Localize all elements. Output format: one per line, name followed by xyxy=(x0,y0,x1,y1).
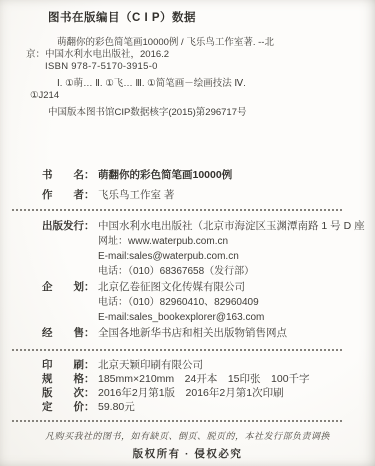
cip-registry-number: 中国版本图书馆CIP数据核字(2015)第296717号 xyxy=(48,107,375,119)
row-value: 185mm×210mm 24开本 15印张 100千字 xyxy=(98,372,310,386)
isbn-line: ISBN 978-7-5170-3915-0 xyxy=(45,61,375,73)
row-value: 59.80元 xyxy=(98,400,135,414)
row-label: 作 者： xyxy=(42,187,96,203)
cip-record-line-1: 萌翻你的彩色简笔画10000例 / 飞乐鸟工作室著. --北 xyxy=(57,37,375,49)
scanned-copyright-page: 图书在版编目（C I P）数据 萌翻你的彩色简笔画10000例 / 飞乐鸟工作室… xyxy=(0,0,375,466)
colophon-block: 书 名： 萌翻你的彩色简笔画10000例 作 者： 飞乐鸟工作室 著 出版发行：… xyxy=(0,167,375,422)
colophon-row-printer: 印 刷： 北京天颖印刷有限公司 xyxy=(0,358,375,372)
copyright-notice: 版权所有 · 侵权必究 xyxy=(0,446,375,461)
row-value: 萌翻你的彩色简笔画10000例 xyxy=(98,167,232,183)
row-label: 印 刷： xyxy=(42,358,96,372)
replacement-notice: 凡购买我社的图书，如有缺页、倒页、脱页的，本社发行部负责调换 xyxy=(0,429,375,442)
colophon-row-format: 规 格： 185mm×210mm 24开本 15印张 100千字 xyxy=(0,372,375,386)
cip-heading: 图书在版编目（C I P）数据 xyxy=(48,12,375,25)
planner-email: E-mail:sales_bookexplorer@163.com xyxy=(98,310,375,325)
row-label: 经 售： xyxy=(42,325,96,341)
row-label: 定 价： xyxy=(42,400,96,414)
publisher-phone: 电话：（010）68367658（发行部） xyxy=(98,264,375,279)
dotted-divider xyxy=(12,420,342,422)
row-value: 中国水利水电出版社（北京市海淀区玉渊潭南路 1 号 D 座 100038） xyxy=(98,218,375,234)
cip-data-block: 图书在版编目（C I P）数据 萌翻你的彩色简笔画10000例 / 飞乐鸟工作室… xyxy=(0,0,375,119)
row-label: 企 划： xyxy=(42,279,96,295)
row-label: 规 格： xyxy=(42,372,96,386)
row-label: 版 次： xyxy=(42,386,96,400)
dotted-divider xyxy=(12,209,342,211)
row-label: 出版发行： xyxy=(42,218,96,234)
colophon-row-author: 作 者： 飞乐鸟工作室 著 xyxy=(0,187,375,203)
cip-class-line-2: ①J214 xyxy=(30,90,375,102)
row-value: 2016年2月第1版 2016年2月第1次印刷 xyxy=(98,386,284,400)
colophon-row-book-title: 书 名： 萌翻你的彩色简笔画10000例 xyxy=(0,167,375,183)
colophon-row-distribution: 经 售： 全国各地新华书店和相关出版物销售网点 xyxy=(0,325,375,341)
cip-record: 萌翻你的彩色简笔画10000例 / 飞乐鸟工作室著. --北 京：中国水利水电出… xyxy=(0,37,375,73)
colophon-row-publisher: 出版发行： 中国水利水电出版社（北京市海淀区玉渊潭南路 1 号 D 座 1000… xyxy=(0,218,375,234)
colophon-row-planner: 企 划： 北京亿卷征图文化传媒有限公司 xyxy=(0,279,375,295)
colophon-row-price: 定 价： 59.80元 xyxy=(0,400,375,414)
cip-record-line-2: 京：中国水利水电出版社，2016.2 xyxy=(26,49,375,61)
row-label: 书 名： xyxy=(42,167,96,183)
dotted-divider xyxy=(12,349,342,351)
row-value: 北京天颖印刷有限公司 xyxy=(98,358,203,372)
colophon-row-edition: 版 次： 2016年2月第1版 2016年2月第1次印刷 xyxy=(0,386,375,400)
row-value: 全国各地新华书店和相关出版物销售网点 xyxy=(98,325,287,341)
row-value: 北京亿卷征图文化传媒有限公司 xyxy=(98,279,245,295)
cip-classification: Ⅰ. ①萌… Ⅱ. ①飞… Ⅲ. ①简笔画－绘画技法 Ⅳ. ①J214 xyxy=(0,78,375,102)
cip-class-line-1: Ⅰ. ①萌… Ⅱ. ①飞… Ⅲ. ①简笔画－绘画技法 Ⅳ. xyxy=(57,78,375,90)
publisher-email: E-mail:sales@waterpub.com.cn xyxy=(98,249,375,264)
row-value: 飞乐鸟工作室 著 xyxy=(98,187,174,203)
publisher-website: 网址：www.waterpub.com.cn xyxy=(98,234,375,249)
planner-phone: 电话：（010）82960410、82960409 xyxy=(98,295,375,310)
